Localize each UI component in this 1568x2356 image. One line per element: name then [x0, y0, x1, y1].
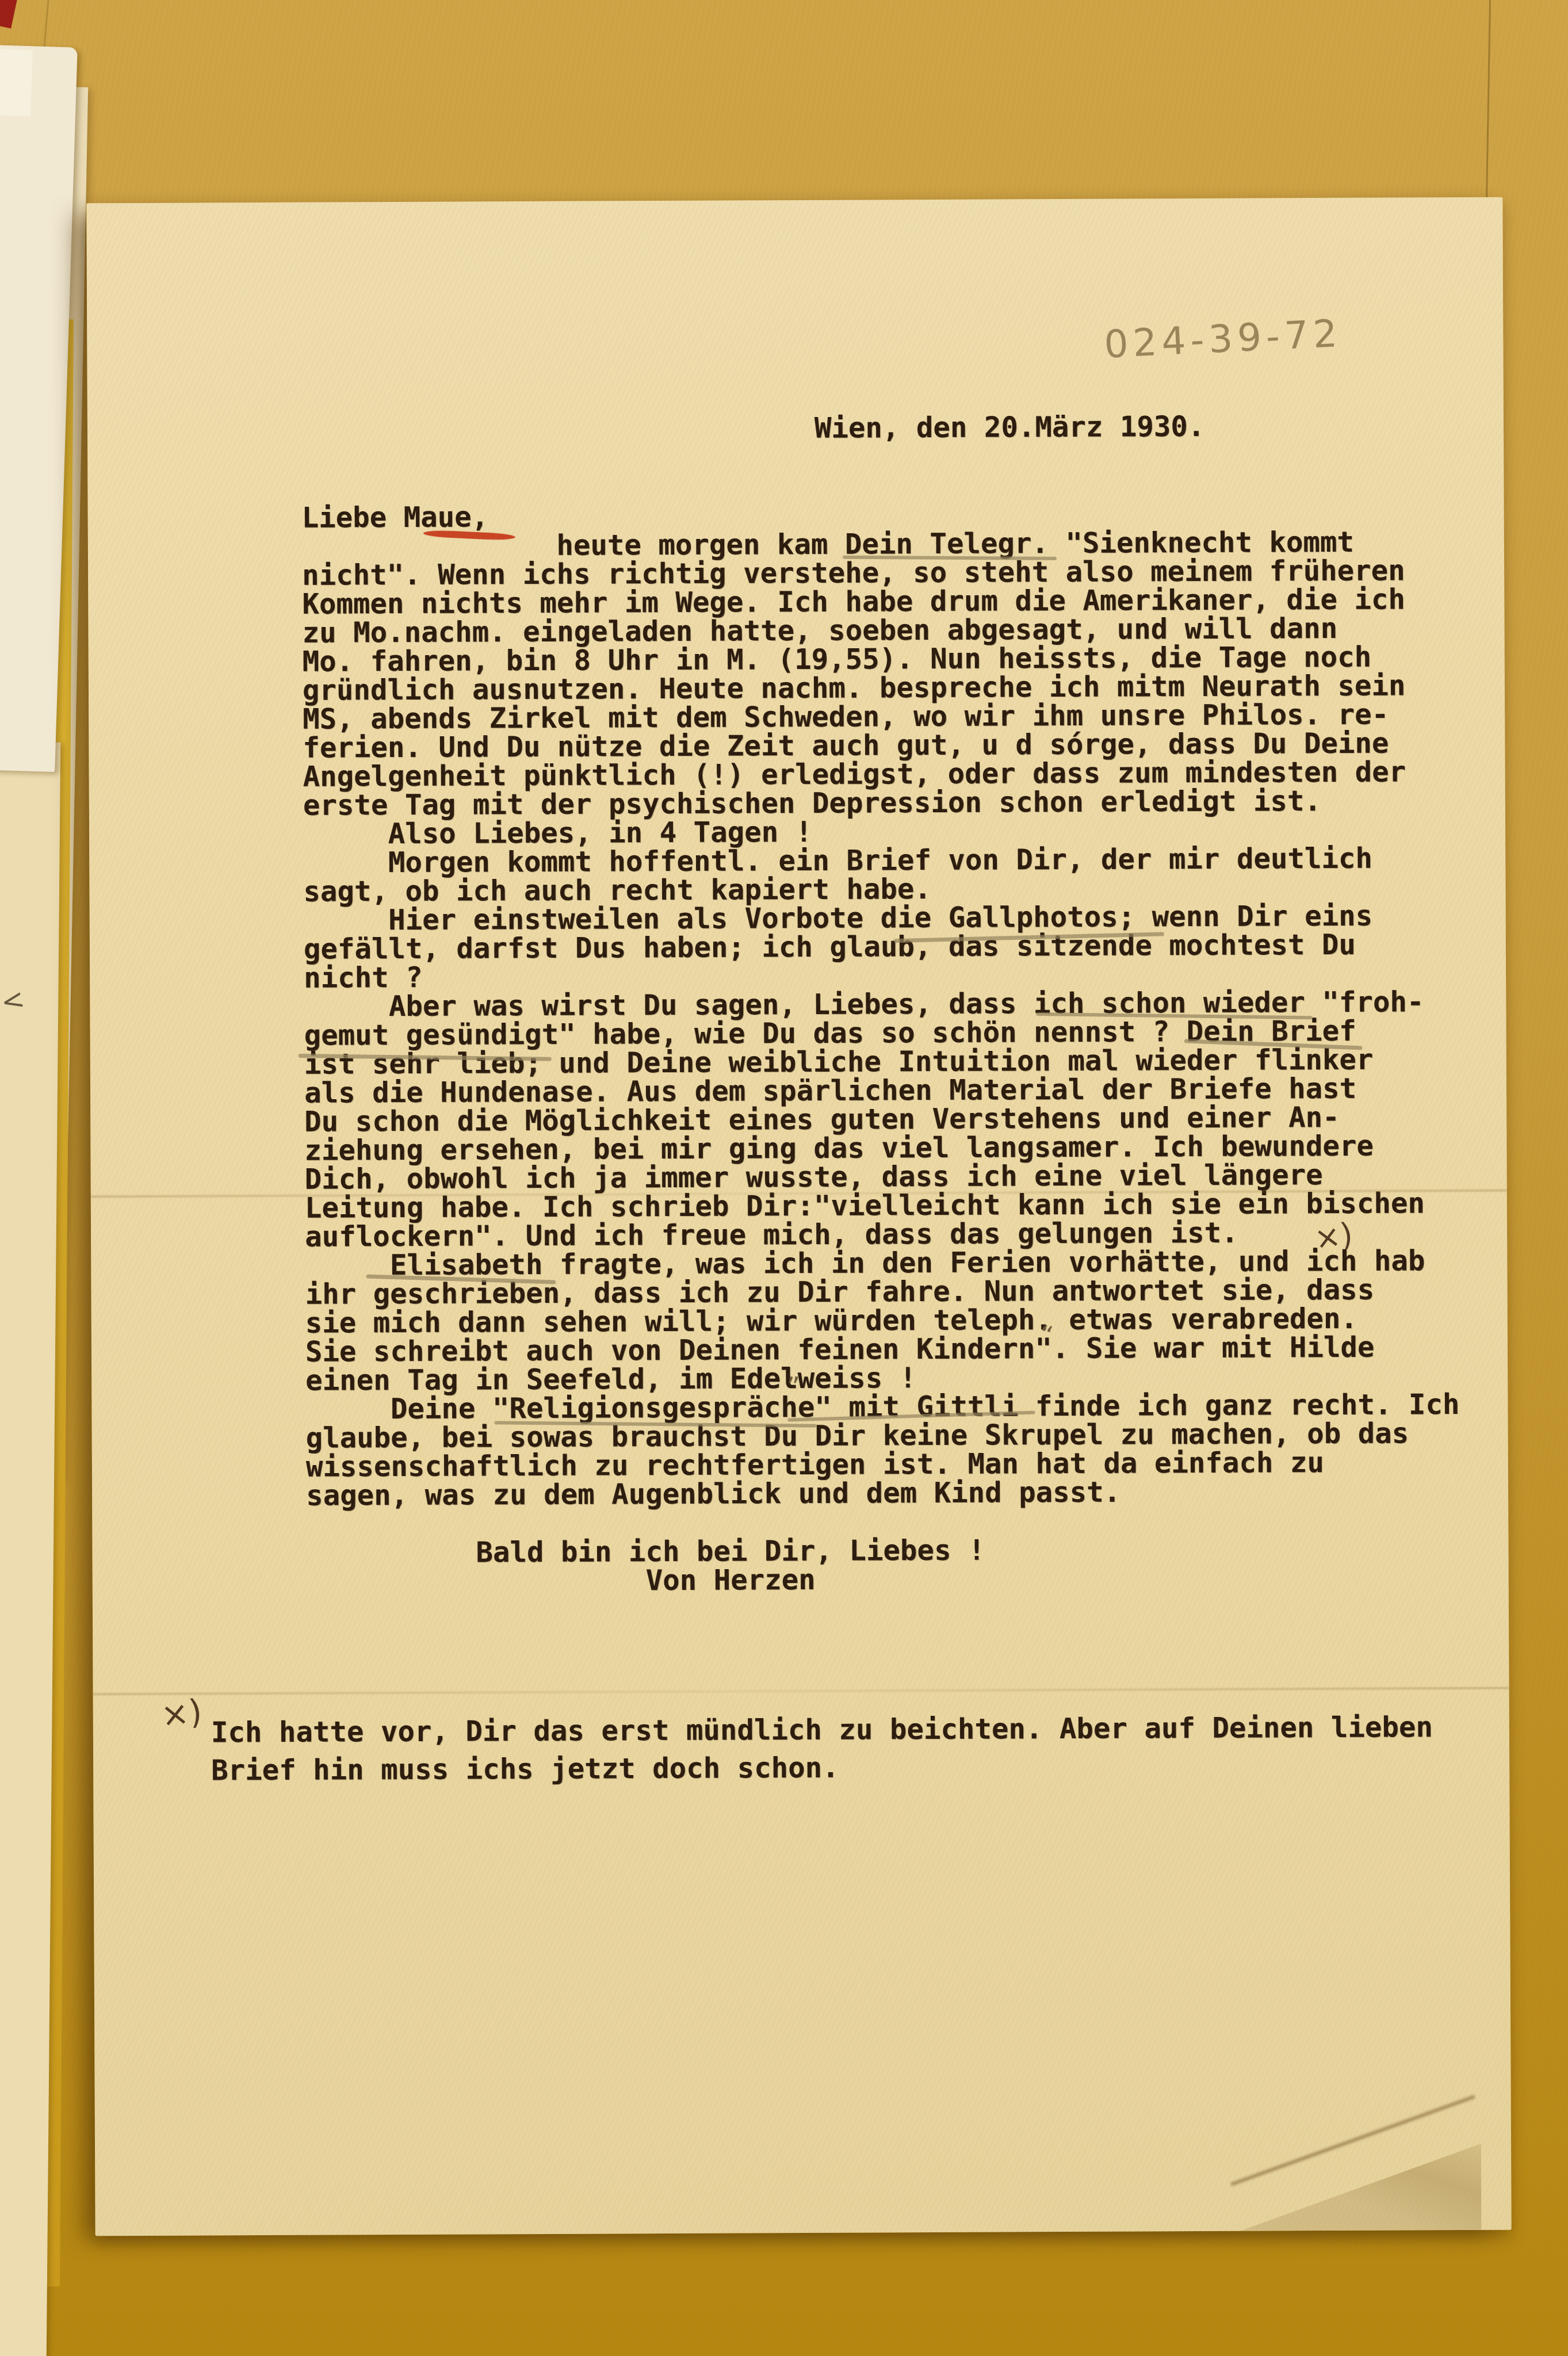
paper-fold-crease-lower [93, 1687, 1509, 1696]
letter-line: Ich hatte vor, Dir das erst mündlich zu … [211, 1708, 1433, 1751]
letter-line: Brief hin muss ichs jetzt doch schon. [211, 1746, 1433, 1789]
footnote: Ich hatte vor, Dir das erst mündlich zu … [211, 1708, 1433, 1789]
letter-line: erste Tag mit der psychischen Depression… [303, 786, 1457, 820]
letter-line: gefällt, darfst Dus haben; ich glaub, da… [304, 930, 1458, 964]
photo-of-letter: { "colors": { "desk_background": "#c4973… [0, 0, 1568, 2356]
letter-sheet: 024-39-72 Wien, den 20.März 1930. Liebe … [86, 197, 1511, 2236]
handwritten-insertion-mark: „ [786, 1355, 800, 1386]
letter-body: Liebe Maue, heute morgen kam Dein Telegr… [302, 499, 1461, 1626]
folded-corner-shadow [1240, 2144, 1482, 2231]
handwritten-inline-footnote-marker: ×) [1312, 1216, 1355, 1257]
archive-number-annotation: 024-39-72 [1103, 311, 1343, 367]
letter-line: Von Herzen [307, 1563, 1460, 1597]
stacked-sheet-white-tab [0, 49, 33, 116]
handwritten-footnote-marker: ×) [159, 1692, 204, 1735]
letter-line: Bald bin ich bei Dir, Liebes ! [306, 1534, 1460, 1568]
dateline: Wien, den 20.März 1930. [814, 412, 1205, 443]
letter-line: sagen, was zu dem Augenblick und dem Kin… [306, 1477, 1460, 1510]
